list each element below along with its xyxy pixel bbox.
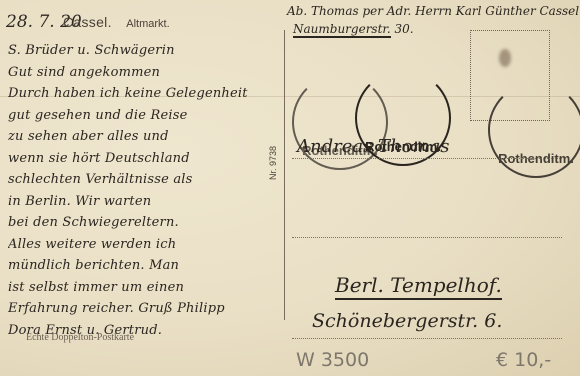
recipient-name: Andreas Thomas — [297, 136, 450, 157]
handwritten-message: S. Brüder u. Schwägerin Gut sind angekom… — [8, 40, 278, 341]
printed-city: Cassel. — [63, 14, 112, 30]
message-line: Durch haben ich keine Gelegenheit — [8, 83, 278, 105]
sender-line-1: Ab. Thomas per Adr. Herrn Karl Günther C… — [287, 4, 577, 18]
message-line: ist selbst immer um einen — [8, 277, 278, 299]
vertical-serial-number: Nr. 9738 — [268, 146, 278, 180]
sender-house-number: 30. — [394, 22, 413, 36]
address-dotted-line — [292, 237, 562, 238]
address-dotted-line — [292, 338, 562, 339]
message-line: Erfahrung reicher. Gruß Philipp — [8, 298, 278, 320]
message-line: Alles weitere werden ich — [8, 234, 278, 256]
message-line: wenn sie hört Deutschland — [8, 148, 278, 170]
stain-mark — [499, 49, 511, 67]
message-line: Gut sind angekommen — [8, 62, 278, 84]
message-line: schlechten Verhältnisse als — [8, 169, 278, 191]
postmark-stamp: Rothenditm. — [488, 82, 580, 178]
pencil-catalog-code: W 3500 — [296, 349, 369, 371]
center-divider-line — [284, 30, 285, 320]
message-line: mündlich berichten. Man — [8, 255, 278, 277]
message-line: S. Brüder u. Schwägerin — [8, 40, 278, 62]
recipient-city: Berl. Tempelhof. — [335, 273, 502, 300]
printed-header: Cassel. Altmarkt. — [63, 14, 170, 32]
message-line: gut gesehen und die Reise — [8, 105, 278, 127]
printed-place: Altmarkt. — [126, 18, 169, 30]
pencil-price: € 10,- — [496, 349, 551, 371]
recipient-street: Schönebergerstr. 6. — [312, 310, 502, 332]
sender-street: Naumburgerstr. — [293, 22, 391, 38]
publisher-imprint: Echte Doppelton-Postkarte — [26, 332, 134, 343]
message-line: bei den Schwiegereltern. — [8, 212, 278, 234]
message-line: zu sehen aber alles und — [8, 126, 278, 148]
message-line: in Berlin. Wir warten — [8, 191, 278, 213]
address-dotted-line — [292, 158, 562, 159]
postcard-back: 28. 7. 20 Cassel. Altmarkt. S. Brüder u.… — [0, 0, 580, 376]
